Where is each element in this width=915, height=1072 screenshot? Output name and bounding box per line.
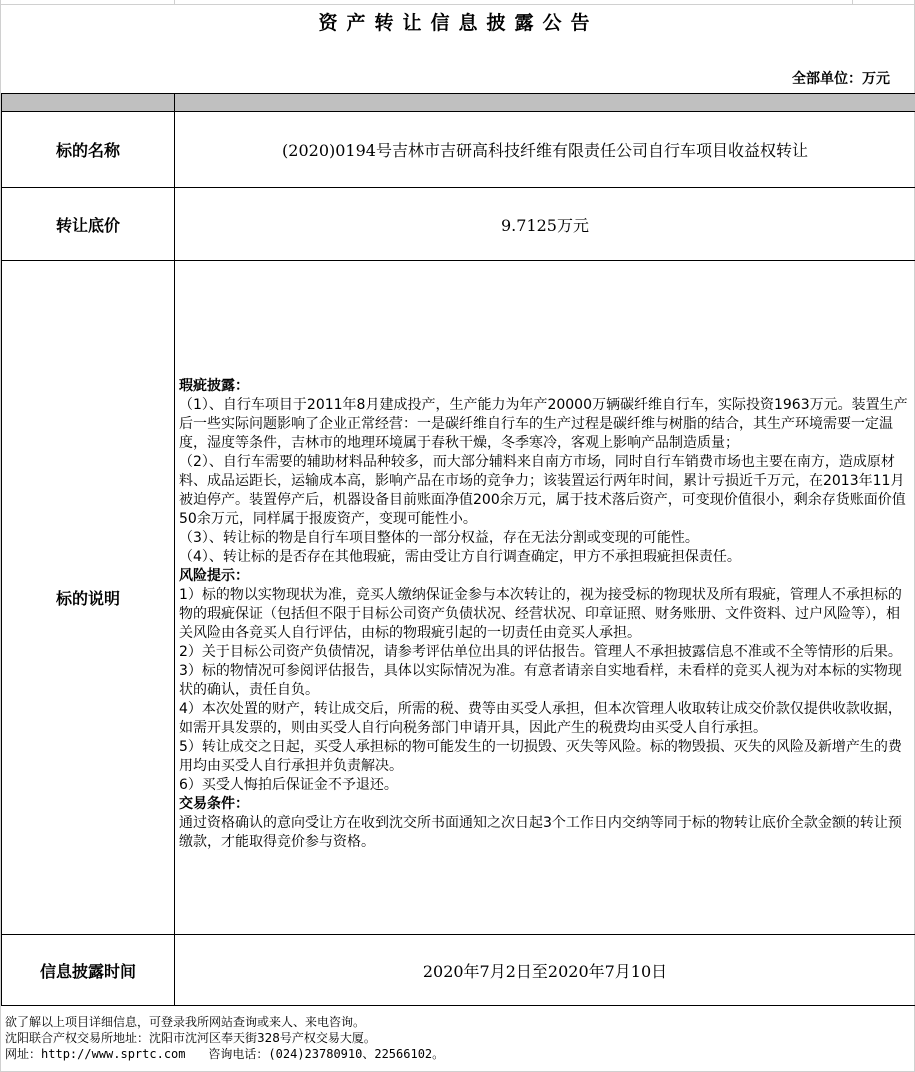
defect-item: （2）、自行车需要的辅助材料品种较多，而大部分辅料来自南方市场，同时自行车销费市… — [179, 453, 911, 529]
column-divider — [174, 0, 175, 4]
section-heading-risks: 风险提示： — [179, 567, 911, 586]
row-label: 标的说明 — [2, 261, 175, 935]
contact-footer: 欲了解以上项目详细信息，可登录我所网站查询或来人、来电咨询。 沈阳联合产权交易所… — [5, 1014, 444, 1062]
risk-item: 4）本次处置的财产，转让成交后，所需的税、费等由买受人承担，但本次管理人收取转让… — [179, 700, 911, 738]
row-label: 标的名称 — [2, 112, 175, 188]
website-label: 网址： — [5, 1047, 41, 1061]
risk-item: 3）标的物情况可参阅评估报告，具体以实际情况为准。有意者请亲自实地看样，未看样的… — [179, 662, 911, 700]
phone-number: (024)23780910、22566102。 — [268, 1047, 444, 1061]
announcement-sheet: 资产转让信息披露公告 全部单位：万元 标的名称 (2020)0194号吉林市吉研… — [0, 0, 915, 1072]
footer-inquiry-note: 欲了解以上项目详细信息，可登录我所网站查询或来人、来电咨询。 — [5, 1014, 444, 1030]
table-row-subject-description: 标的说明 瑕疵披露： （1）、自行车项目于2011年8月建成投产，生产能力为年产… — [2, 261, 915, 935]
footer-address: 沈阳联合产权交易所地址：沈阳市沈河区奉天街328号产权交易大厦。 — [5, 1030, 444, 1046]
unit-note: 全部单位：万元 — [792, 70, 890, 88]
table-header-band — [2, 94, 915, 112]
phone-label: 咨询电话： — [208, 1047, 268, 1061]
risk-item: 5）转让成交之日起，买受人承担标的物可能发生的一切损毁、灭失等风险。标的物毁损、… — [179, 738, 911, 776]
header-cell-value — [175, 94, 915, 112]
reserve-price-value: 9.7125万元 — [175, 188, 915, 261]
footer-contact-line: 网址：http://www.sprtc.com 咨询电话：(024)237809… — [5, 1046, 444, 1062]
risk-item: 2）关于目标公司资产负债情况，请参考评估单位出具的评估报告。管理人不承担披露信息… — [179, 643, 911, 662]
defect-item: （3）、转让标的物是自行车项目整体的一部分权益，存在无法分割或变现的可能性。 — [179, 529, 911, 548]
column-divider — [852, 0, 853, 4]
section-heading-defects: 瑕疵披露： — [179, 377, 911, 396]
subject-name-value: (2020)0194号吉林市吉研高科技纤维有限责任公司自行车项目收益权转让 — [175, 112, 915, 188]
description-body: 瑕疵披露： （1）、自行车项目于2011年8月建成投产，生产能力为年产20000… — [175, 343, 915, 852]
table-row-reserve-price: 转让底价 9.7125万元 — [2, 188, 915, 261]
website-link[interactable]: http://www.sprtc.com — [41, 1047, 186, 1061]
table-row-disclosure-period: 信息披露时间 2020年7月2日至2020年7月10日 — [2, 935, 915, 1006]
defect-item: （4）、转让标的是否存在其他瑕疵，需由受让方自行调查确定，甲方不承担瑕疵担保责任… — [179, 548, 911, 567]
disclosure-table: 标的名称 (2020)0194号吉林市吉研高科技纤维有限责任公司自行车项目收益权… — [1, 93, 915, 1006]
trade-term-item: 通过资格确认的意向受让方在收到沈交所书面通知之次日起3个工作日内交纳等同于标的物… — [179, 814, 911, 852]
defect-item: （1）、自行车项目于2011年8月建成投产，生产能力为年产20000万辆碳纤维自… — [179, 396, 911, 453]
header-cell-label — [2, 94, 175, 112]
subject-description-cell: 瑕疵披露： （1）、自行车项目于2011年8月建成投产，生产能力为年产20000… — [175, 261, 915, 935]
disclosure-period-value: 2020年7月2日至2020年7月10日 — [175, 935, 915, 1006]
section-heading-trade-terms: 交易条件： — [179, 795, 911, 814]
table-row-subject-name: 标的名称 (2020)0194号吉林市吉研高科技纤维有限责任公司自行车项目收益权… — [2, 112, 915, 188]
page-title: 资产转让信息披露公告 — [1, 10, 915, 36]
risk-item: 6）买受人悔拍后保证金不予退还。 — [179, 776, 911, 795]
sheet-top-strip — [1, 0, 915, 5]
row-label: 转让底价 — [2, 188, 175, 261]
risk-item: 1）标的物以实物现状为准，竞买人缴纳保证金参与本次转让的，视为接受标的物现状及所… — [179, 586, 911, 643]
row-label: 信息披露时间 — [2, 935, 175, 1006]
